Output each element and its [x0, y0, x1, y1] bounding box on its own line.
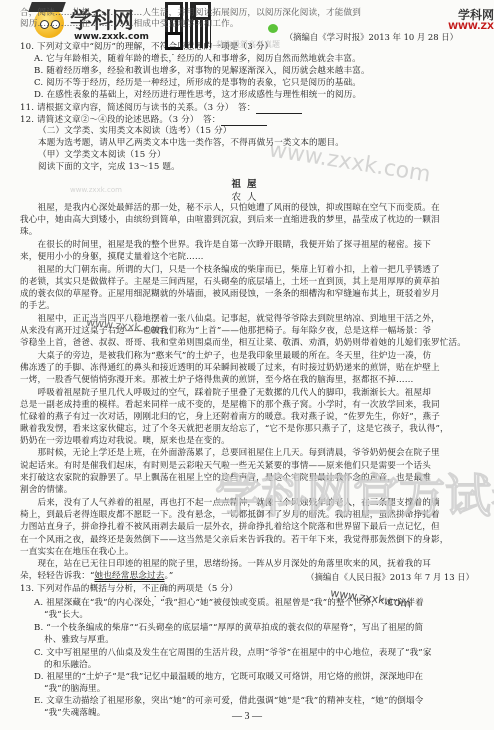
article-line: 瞅着我发愣，看来这家伙健忘，过了个冬天就把老朋友给忘了，“它不是你那只燕子了，这… [20, 424, 449, 435]
article-line: 佛冻透了的手脚、冻得通红的鼻头和接近透明的耳朵瞬间被暖了过来，有时接过奶奶递来的… [20, 363, 440, 374]
q13-option-c-line1: C. 文中写祖屋里的八仙桌及发生在它周围的生活片段，点明“爷爷”在祖屋中的中心地… [34, 648, 432, 659]
exam-page: 学科网 www.zxxk.com 获取最新高考真题 学科网 WWW.ZX 合，阅… [0, 0, 494, 730]
article-line: 珠。 [20, 227, 38, 238]
article-line: 的老锁，其实只是做做样子。主屋是三间西屋，石头砌垒的底层墙上，土坯一直到顶，其上… [20, 277, 440, 288]
q10-option-c: C. 阅历不等于经历，经历是一种经过，所形成的是事物的表象，它只是阅历的基础。 [34, 78, 361, 89]
article-line: 祖屋的大门朝东南。所谓的大门，只是一个枝条编成的柴扉而已，柴扉上钉着小扣，上着一… [20, 265, 440, 276]
page-number: — 3 — [0, 711, 494, 722]
article-line: 成的蓑衣似的草屋脊。正屋用细泥糊就的外墙面，被风雨侵蚀，一条条的细槽沟和窄缝遍布… [20, 289, 440, 300]
article-line: 祖屋中，正正当当四平八稳地摆着一张八仙桌。记事起，就觉得爷爷除去到院里纳凉、到地… [20, 314, 440, 325]
brand-right: 学科网 [458, 6, 494, 23]
q13-option-c-line2: 的和乐融洽。 [44, 660, 96, 671]
intro-line-2: 阅历……………在……………相成中受益地学习和工作。 [20, 19, 239, 30]
article-line: 割舍的情愫。 [20, 485, 72, 496]
article-line: 我心中，她由高大到矮小，由缤纷到简单，由喧嚣到沉寂，到后来一直缩进我的梦里，晶莹… [20, 215, 440, 226]
article-line: 在很长的时间里，祖屋是我的整个世界。我许是自第一次睁开眼睛，我便开始了探寻祖屋的… [20, 240, 431, 251]
article-line: 一直实实在在地压在我心上。 [20, 547, 134, 558]
q12-stem: 12. 请简述文章②～④段的论述思路。（3 分） 答： [20, 114, 267, 126]
section2-read-prompt: 阅读下面的文字，完成 13～15 题。 [38, 162, 180, 173]
q13-stem: 13. 下列对作品的概括与分析，不正确的两项是（5 分） [20, 584, 238, 599]
q12-stem-text: 12. 请简述文章②～④段的论述思路。（3 分） 答： [20, 115, 221, 125]
logo-url: www.zxxk.com [74, 32, 149, 42]
article-line: 大桌子的旁边，是被我们称为“憨来气”的土炉子，也是我印象里最暖的所在。冬天里，往… [20, 351, 431, 362]
article-line: 总是一副老成持重的模样。看起来同样一成不变的，是屋檐下的那个燕子窝。小学时，有一… [20, 400, 440, 411]
q13-option-b-line2: 朴、雅致与厚重。 [44, 635, 114, 646]
article-line: 的手艺。 [20, 301, 55, 312]
article-line: 在一个风雨之夜，最终还是轰然倒下——这当然是父亲后来告诉我的。若干年下来，我觉得… [20, 535, 448, 546]
q13-option-a-line2: “我”长大。 [44, 610, 88, 621]
intro-credit: （摘编自《学习时报》2013 年 10 月 28 日） [285, 31, 458, 43]
article-line: 忙碌着的燕子有过一次对话，刚刚北归的它，身上还附着南方的暖意。我对燕子说，“佐罗… [20, 412, 440, 423]
q13-stem-pre: 13. 下列对作品的概括与分析， [20, 584, 142, 594]
section2-subheading: （甲）文学类文本阅读（15 分） [38, 150, 166, 161]
q13-option-d-line1: D. 祖屋里的“土炉子”是“我”记忆中最温暖的地方，它既可取暖又可烙饼，用它烙的… [34, 672, 423, 683]
underlined-quote: 她也经常思念过去 [95, 571, 165, 581]
q13-stem-emphasis: 不正确 [142, 584, 168, 594]
article-last-line: 朵，轻轻告诉我：“她也经常思念过去。” [20, 571, 173, 582]
article-line: 呼吸着祖屋院子里几代人呼吸过的空气，踩着院子里叠了无数摞的几代人的脚印，我渐渐长… [20, 388, 431, 399]
q11-answer-blank[interactable] [256, 102, 302, 114]
q13-option-e-line1: E. 文章生动描绘了祖屋形象，突出“她”的可亲可爱，借此强调“她”是“我”的精神… [34, 696, 424, 707]
q13-option-b-line1: B. “一个枝条编成的柴扉”“石头砌垒的底层墙”“厚厚的黄草拍成的蓑衣似的草屋脊… [34, 623, 423, 634]
q13-stem-post: 的两项是（5 分） [168, 584, 238, 594]
q10-stem-pre: 10. 下列对文章中“阅历”的理解， [20, 42, 151, 52]
article-line: 爷稳坐上首，爸爸、叔叔、哥哥、我和堂弟则围桌而坐，相互让菜、敬酒、劝酒，奶奶则带… [20, 338, 466, 349]
article-line: 来，便用小小的身躯，摸爬丈量着这个宅院…… [20, 252, 204, 263]
q13-option-d-line2: “我”的脑海里。 [44, 684, 106, 695]
intro-line-1: 合，阅读……扎根………………人生活，并用阅读拓展阅历，以阅历深化阅读，才能做到 [20, 8, 361, 19]
last-line-post: 。” [164, 571, 173, 581]
article-line: 奶奶在一旁边喂着鸡边对我说。噢，原来也是在变的。 [20, 436, 230, 447]
article-line: 那时候，无论上学还是上班，在外面游荡累了，总要回祖屋住上几天。每到清晨，爷爷奶奶… [20, 448, 440, 459]
watermark-big-text: 学科网官方试卷 [215, 460, 494, 526]
q11-stem-text: 11. 请根据文章内容，简述阅历与读书的关系。（3 分） 答： [20, 103, 256, 113]
article-line: 一烤，一股香气便悄悄弥漫开来。那被土炉子烙得焦黄的煎饼，至今烙在我的脑海里，抠都… [20, 375, 413, 386]
watermark-url-small: www.zxxk.com [70, 186, 122, 194]
q10-option-b: B. 随着经历增多，经验和教训也增多，对事物的见解逐渐深入，阅历就会越来越丰富。 [34, 66, 370, 77]
article-line: 从来没有离开过这桌子右边——也被我们称为“上首”——他那把椅子。每年除夕夜，总是… [20, 326, 431, 337]
q11-stem: 11. 请根据文章内容，简述阅历与读书的关系。（3 分） 答： [20, 102, 302, 114]
last-line-pre: 朵，轻轻告诉我：“ [20, 571, 95, 581]
q12-answer-blank[interactable] [221, 114, 267, 126]
q10-option-a: A. 它与年龄相关，随着年龄的增长，经历的人和事增多，阅历自然而然地就会丰富。 [34, 54, 361, 65]
article-line: 现在，站在已无往日印迹的祖屋的院子里，思绪纷扬。一阵从岁月深处的角落里吹来的风，… [20, 559, 431, 570]
q10-stem-post: 原意思的一项是（3 分） [177, 42, 273, 52]
wechat-icon [268, 24, 278, 33]
section2-heading: （二）文学类、实用类文本阅读（选考）（15 分） [38, 126, 231, 137]
q10-option-d: D. 在感性表象的基础上，对经历进行理性思考，这才形成感性与理性相统一的阅历。 [34, 90, 361, 101]
q10-stem-emphasis: 不符合 [151, 42, 177, 52]
article-line: 祖屋，是我内心深处最鲜活的那一处，秘不示人，只怕她遭了风雨的侵蚀，抑或围晾在空气… [20, 203, 440, 214]
article-credit: （摘编自《人民日报》2013 年 7 月 13 日） [306, 571, 474, 583]
